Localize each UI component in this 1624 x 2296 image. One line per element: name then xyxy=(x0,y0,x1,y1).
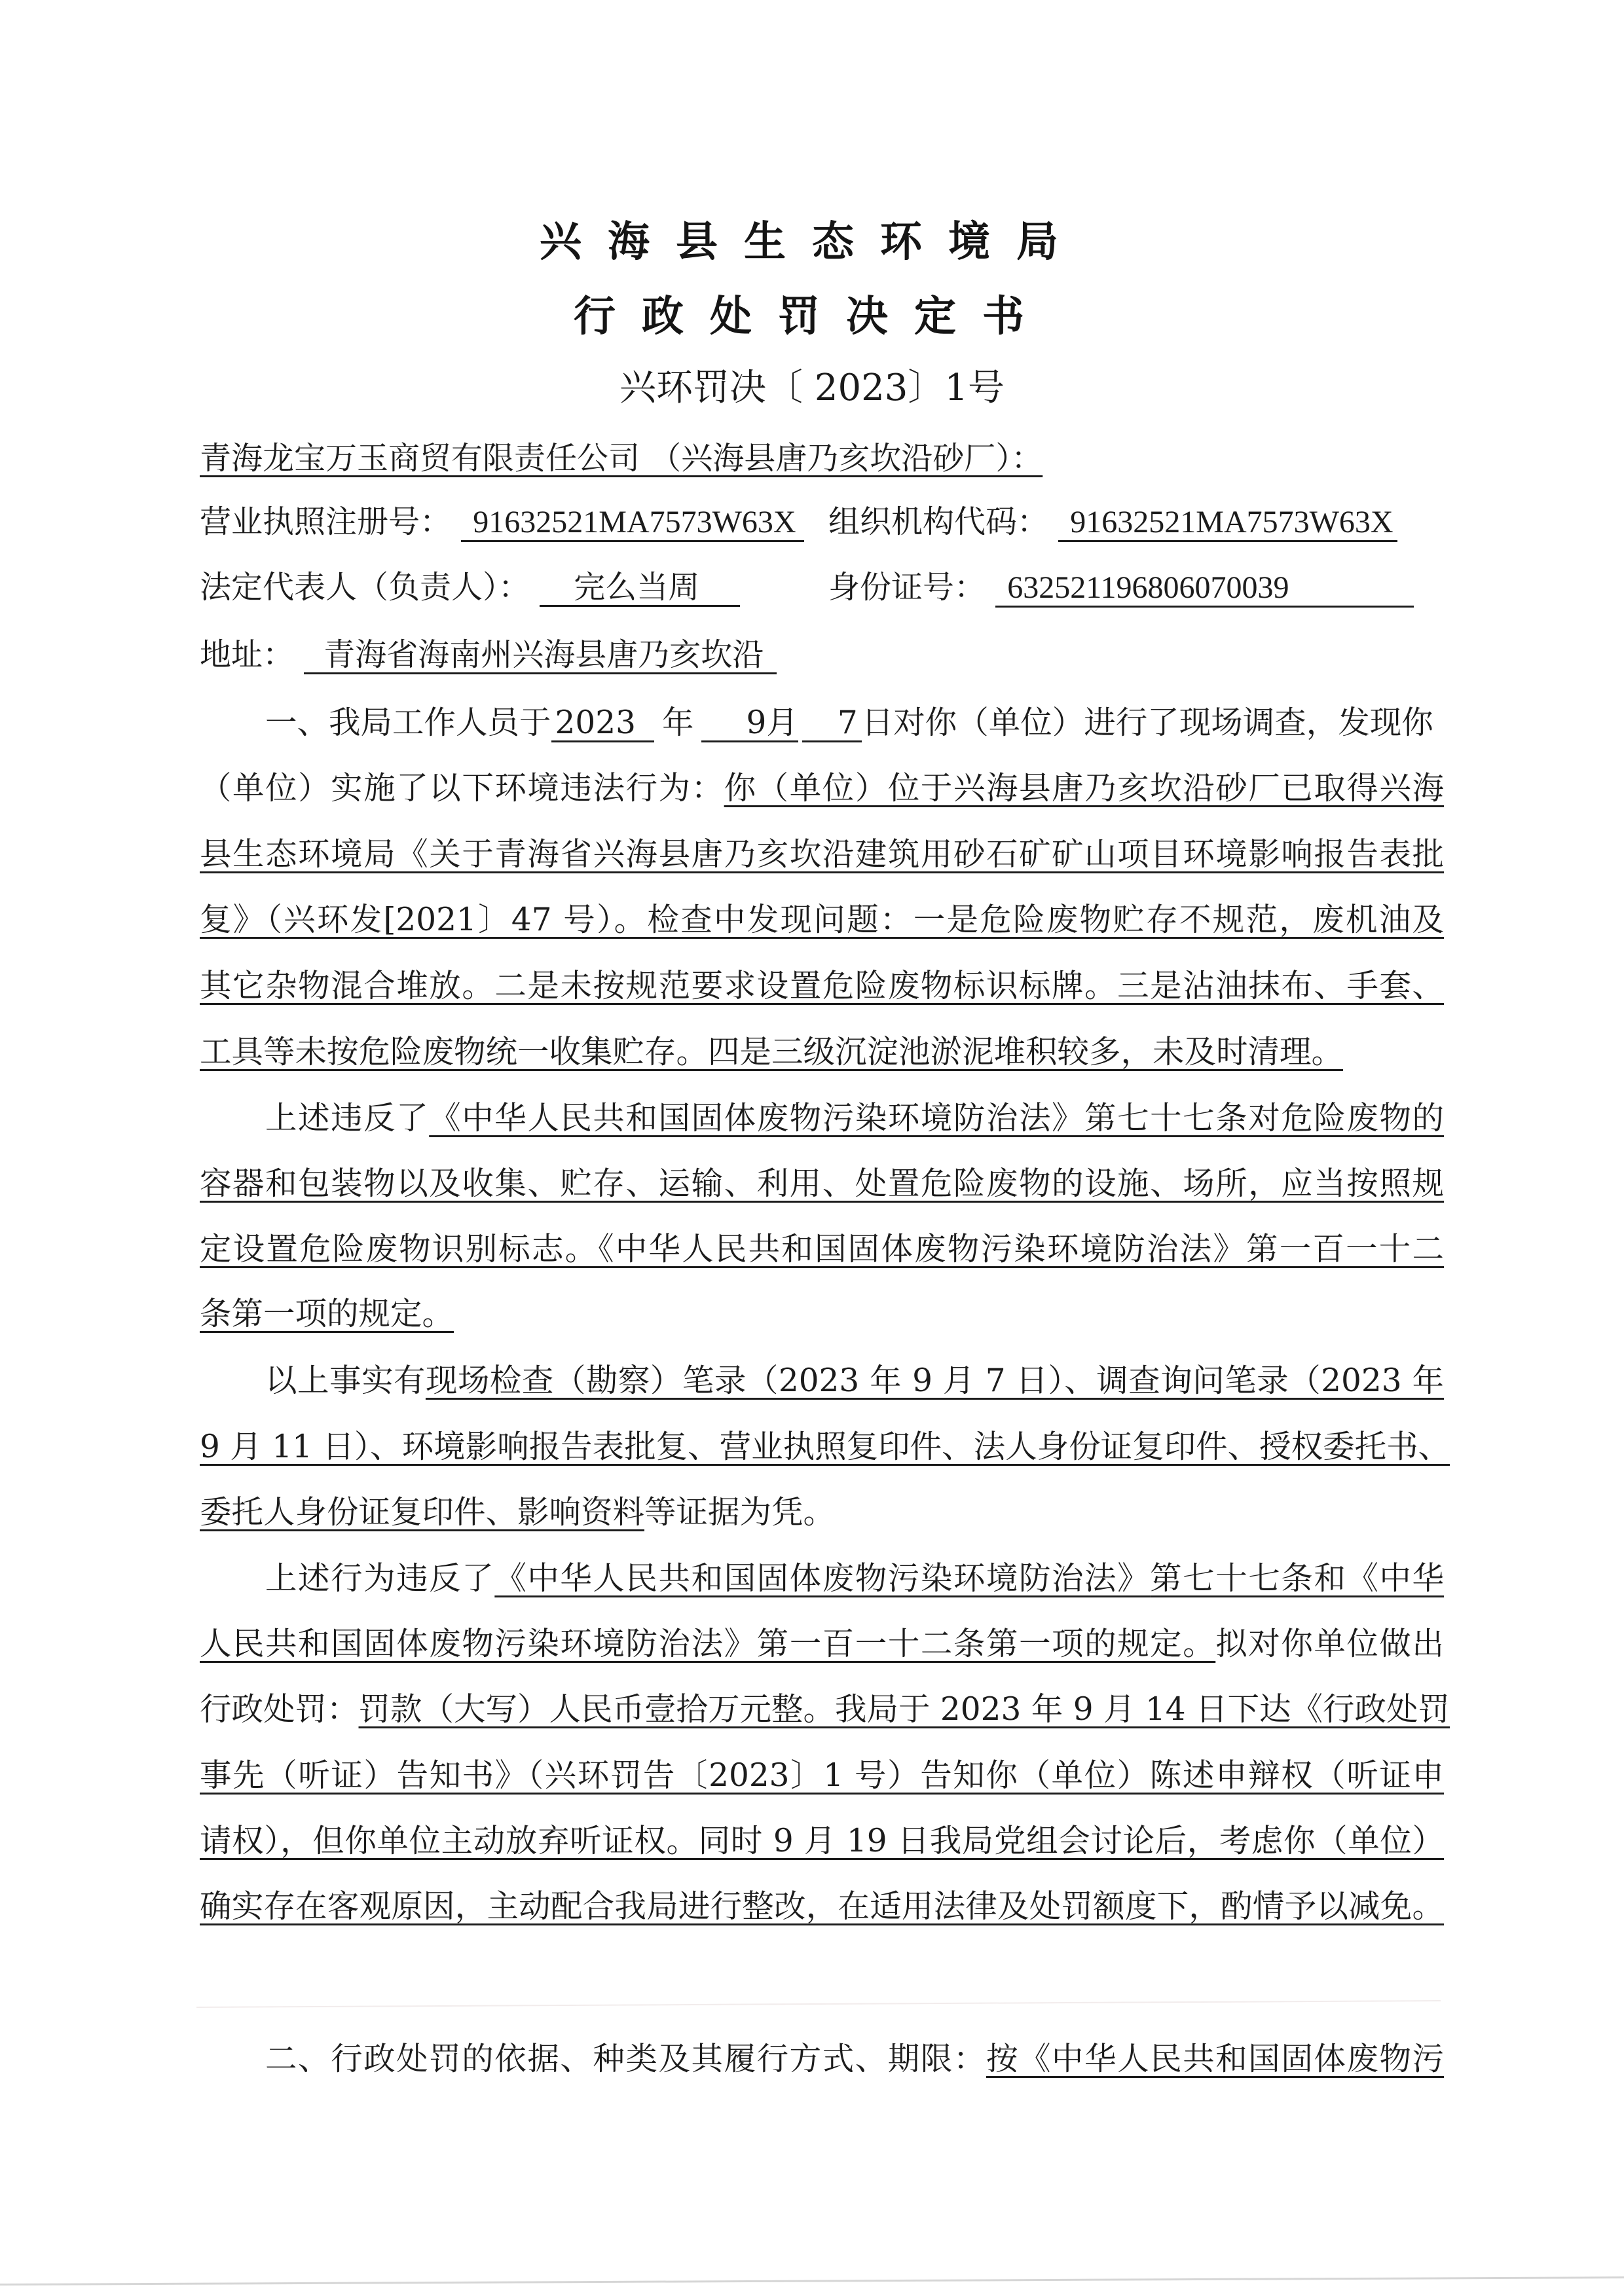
section2-underlined: 按《中华人民共和国固体废物污 xyxy=(986,2041,1444,2077)
license-value: 91632521MA7573W63X xyxy=(461,505,803,542)
evidence-line-underlined: 现场检查（勘察）笔录（2023 年 9 月 7 日）、调查询问笔录（2023 年 xyxy=(426,1362,1444,1399)
decision-line-plain: 行政处罚： xyxy=(200,1691,359,1728)
decision-line-underlined: 罚款（大写）人民币壹拾万元整。我局于 2023 年 9 月 14 日下达《行政处… xyxy=(359,1691,1450,1728)
section1-line-plain: （单位）实施了以下环境违法行为： xyxy=(200,770,724,807)
decision-line: 事先（听证）告知书》（兴环罚告〔2023〕1 号）告知你（单位）陈述申辩权（听证… xyxy=(200,1755,1444,1796)
id-label: 身份证号： xyxy=(828,569,986,606)
violation-line-underlined: 容器和包装物以及收集、贮存、运输、利用、处置危险废物的设施、场所，应当按照规 xyxy=(200,1165,1444,1202)
decision-line: 确实存在客观原因，主动配合我局进行整改，在适用法律及处罚额度下，酌情予以减免。 xyxy=(200,1886,1444,1927)
decision-line: 人民共和国固体废物污染环境防治法》第一百一十二条第一项的规定。拟对你单位做出 xyxy=(200,1623,1444,1665)
decision-line-underlined: 人民共和国固体废物污染环境防治法》第一百一十二条第一项的规定。 xyxy=(200,1626,1215,1662)
violation-line: 条第一项的规定。 xyxy=(200,1293,1444,1335)
decision-line-underlined: 请权），但你单位主动放弃听证权。同时 9 月 19 日我局党组会讨论后，考虑你（… xyxy=(200,1823,1444,1859)
section1-line: 其它杂物混合堆放。二是未按规范要求设置危险废物标识标牌。三是沾油抹布、手套、 xyxy=(200,965,1444,1007)
section1-line: 县生态环境局《关于青海省兴海县唐乃亥坎沿建筑用砂石矿矿山项目环境影响报告表批 xyxy=(200,833,1444,875)
party-name: 青海龙宝万玉商贸有限责任公司 （兴海县唐乃亥坎沿砂厂）： xyxy=(200,440,1043,477)
decision-line-plain: 上述行为违反了 xyxy=(265,1560,494,1597)
org-code-label: 组织机构代码： xyxy=(828,503,1048,540)
section2-line: 二、行政处罚的依据、种类及其履行方式、期限：按《中华人民共和国固体废物污 xyxy=(200,2038,1444,2080)
section1-line-underlined: 复》（兴环发[2021〕47 号）。检查中发现问题：一是危险废物贮存不规范，废机… xyxy=(200,902,1444,938)
evidence-line-underlined: 9 月 11 日）、环境影响报告表批复、营业执照复印件、法人身份证复印件、授权委… xyxy=(200,1429,1450,1465)
evidence-line: 9 月 11 日）、环境影响报告表批复、营业执照复印件、法人身份证复印件、授权委… xyxy=(200,1426,1444,1468)
representative-value: 完么当周 xyxy=(540,570,740,607)
inspection-month-value: 9 xyxy=(746,704,766,741)
section1-intro-rest: 日对你（单位）进行了现场调查，发现你 xyxy=(862,704,1433,741)
violation-line-underlined: 《中华人民共和国固体废物污染环境防治法》第七十七条对危险废物的 xyxy=(429,1100,1444,1137)
violation-line: 容器和包装物以及收集、贮存、运输、利用、处置危险废物的设施、场所，应当按照规 xyxy=(200,1163,1444,1205)
section1-intro-prefix: 一、我局工作人员于 xyxy=(265,704,551,741)
document-number: 兴环罚决〔 2023〕1号 xyxy=(0,359,1624,411)
evidence-line: 以上事实有现场检查（勘察）笔录（2023 年 9 月 7 日）、调查询问笔录（2… xyxy=(200,1360,1444,1402)
representative-label: 法定代表人（负责人）： xyxy=(200,569,530,606)
inspection-month: 9月 xyxy=(701,705,798,742)
scan-edge-line xyxy=(0,2276,1624,2286)
violation-line: 定设置危险废物识别标志。《中华人民共和国固体废物污染环境防治法》第一百一十二 xyxy=(200,1228,1444,1270)
scan-artifact-line xyxy=(196,2000,1441,2008)
decision-line-underlined: 确实存在客观原因，主动配合我局进行整改，在适用法律及处罚额度下，酌情予以减免。 xyxy=(200,1888,1444,1925)
inspection-year: 2023 xyxy=(551,705,654,742)
address-label: 地址： xyxy=(200,636,294,673)
evidence-line-tail: 等证据为凭。 xyxy=(644,1494,835,1531)
violation-line: 上述违反了《中华人民共和国固体废物污染环境防治法》第七十七条对危险废物的 xyxy=(200,1097,1444,1139)
address-value: 青海省海南州兴海县唐乃亥坎沿 xyxy=(304,637,777,674)
section1-line-underlined: 你（单位）位于兴海县唐乃亥坎沿砂厂已取得兴海 xyxy=(724,770,1444,807)
section2-plain: 二、行政处罚的依据、种类及其履行方式、期限： xyxy=(265,2041,986,2077)
license-line: 营业执照注册号： 91632521MA7573W63X 组织机构代码： 9163… xyxy=(200,501,1444,543)
party-name-line: 青海龙宝万玉商贸有限责任公司 （兴海县唐乃亥坎沿砂厂）： xyxy=(200,437,1444,479)
evidence-line-plain: 以上事实有 xyxy=(265,1362,426,1399)
violation-line-underlined: 条第一项的规定。 xyxy=(200,1296,454,1332)
evidence-line: 委托人身份证复印件、影响资料等证据为凭。 xyxy=(200,1491,1444,1533)
section1-line: 复》（兴环发[2021〕47 号）。检查中发现问题：一是危险废物贮存不规范，废机… xyxy=(200,899,1444,941)
year-suffix: 年 xyxy=(654,704,702,741)
violation-line-underlined: 定设置危险废物识别标志。《中华人民共和国固体废物污染环境防治法》第一百一十二 xyxy=(200,1231,1444,1267)
decision-line-tail: 拟对你单位做出 xyxy=(1215,1626,1444,1662)
evidence-line-underlined: 委托人身份证复印件、影响资料 xyxy=(200,1494,644,1531)
decision-line-underlined: 《中华人民共和国固体废物污染环境防治法》 xyxy=(494,1560,1150,1597)
section1-line: （单位）实施了以下环境违法行为：你（单位）位于兴海县唐乃亥坎沿砂厂已取得兴海 xyxy=(200,767,1444,809)
section1-line-underlined: 工具等未按危险废物统一收集贮存。四是三级沉淀池淤泥堆积较多，未及时清理。 xyxy=(200,1034,1343,1070)
section1-line: 工具等未按危险废物统一收集贮存。四是三级沉淀池淤泥堆积较多，未及时清理。 xyxy=(200,1031,1444,1073)
decision-line-tail: 第七十七条和《中华 xyxy=(1150,1560,1444,1597)
id-field: 身份证号： 632521196806070039 xyxy=(828,566,1414,608)
section1-intro-line: 一、我局工作人员于2023年9月7日对你（单位）进行了现场调查，发现你 xyxy=(200,702,1444,744)
address-line: 地址： 青海省海南州兴海县唐乃亥坎沿 xyxy=(200,634,1444,676)
org-code-value: 91632521MA7573W63X xyxy=(1058,505,1397,542)
agency-title: 兴海县生态环境局 xyxy=(0,208,1624,268)
id-value: 632521196806070039 xyxy=(995,570,1413,608)
decision-line: 请权），但你单位主动放弃听证权。同时 9 月 19 日我局党组会讨论后，考虑你（… xyxy=(200,1820,1444,1862)
license-label: 营业执照注册号： xyxy=(200,503,451,540)
decision-line: 上述行为违反了《中华人民共和国固体废物污染环境防治法》第七十七条和《中华 xyxy=(200,1558,1444,1599)
decision-line-underlined: 事先（听证）告知书》（兴环罚告〔2023〕1 号）告知你（单位）陈述申辩权（听证… xyxy=(200,1757,1444,1794)
month-suffix: 月 xyxy=(766,704,798,741)
document-type-title: 行政处罚决定书 xyxy=(0,283,1624,343)
decision-line: 行政处罚：罚款（大写）人民币壹拾万元整。我局于 2023 年 9 月 14 日下… xyxy=(200,1688,1444,1730)
violation-line-plain: 上述违反了 xyxy=(265,1100,429,1137)
org-code-field: 组织机构代码： 91632521MA7573W63X xyxy=(828,501,1397,543)
inspection-day: 7 xyxy=(802,705,862,742)
document-page: 兴海县生态环境局 行政处罚决定书 兴环罚决〔 2023〕1号 青海龙宝万玉商贸有… xyxy=(0,0,1624,2296)
section1-line-underlined: 县生态环境局《关于青海省兴海县唐乃亥坎沿建筑用砂石矿矿山项目环境影响报告表批 xyxy=(200,836,1444,873)
representative-line: 法定代表人（负责人）： 完么当周 身份证号： 63252119680607003… xyxy=(200,566,1444,608)
section1-line-underlined: 其它杂物混合堆放。二是未按规范要求设置危险废物标识标牌。三是沾油抹布、手套、 xyxy=(200,968,1444,1004)
